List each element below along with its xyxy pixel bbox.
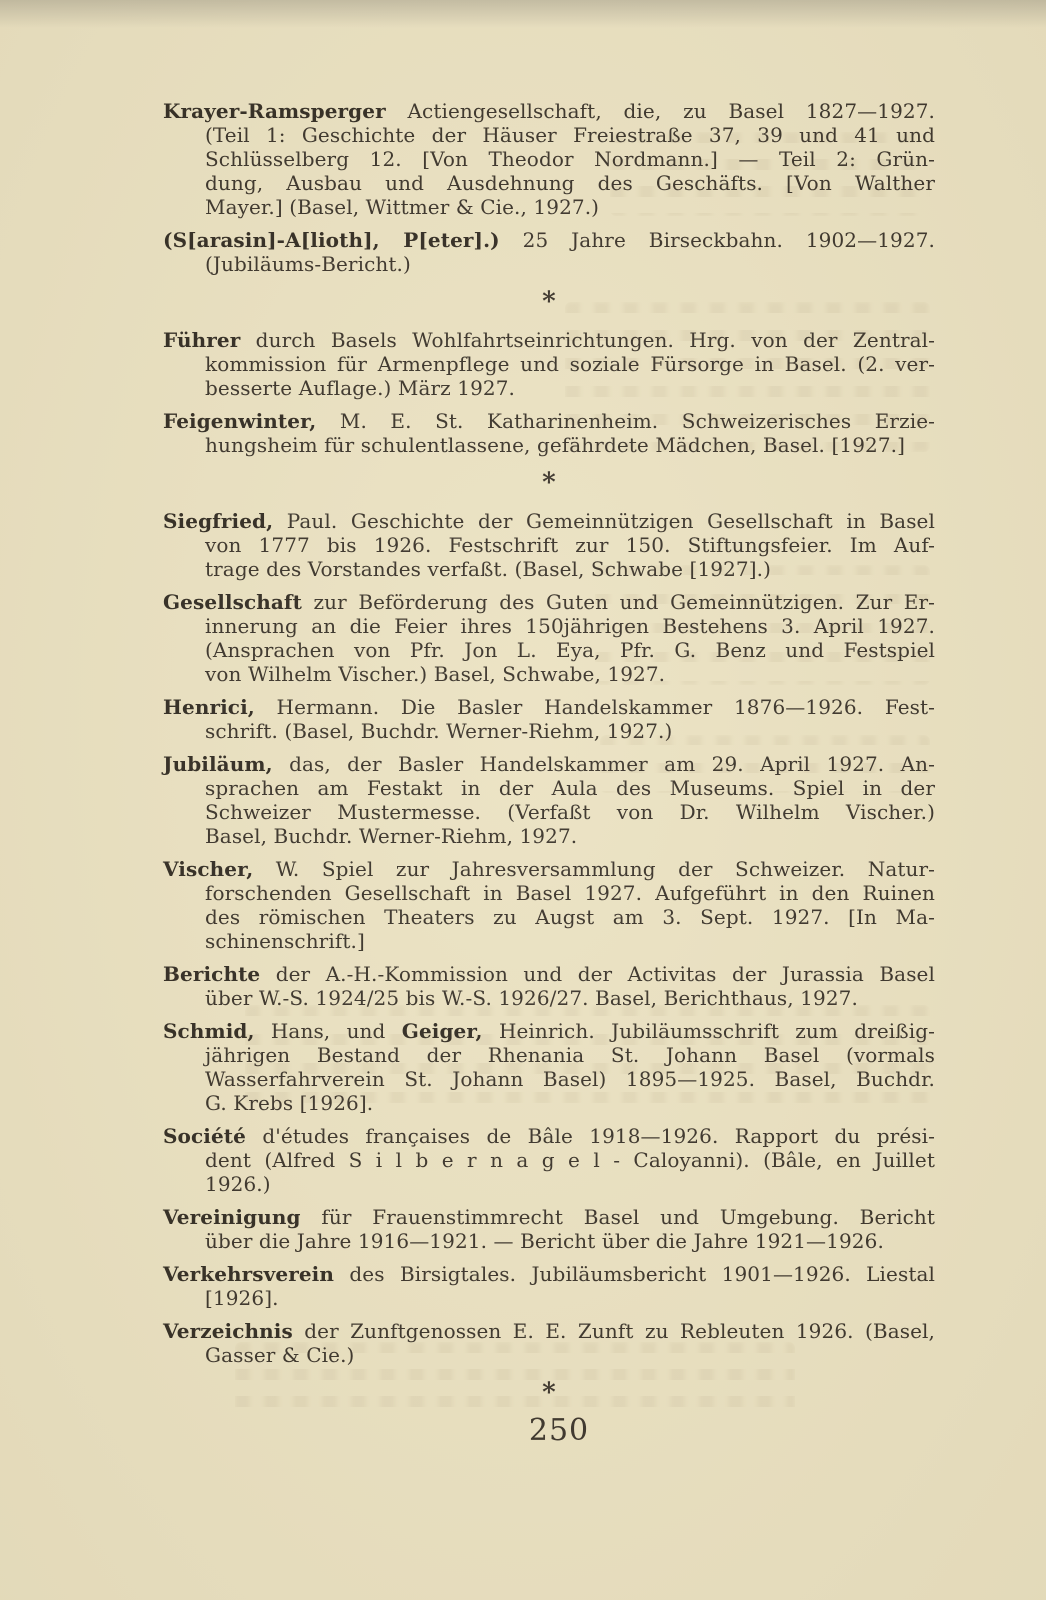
bibliography-entry: Feigenwinter, M. E. St. Katharinenheim. … xyxy=(163,409,935,457)
entry-line: dung, Ausbau und Ausdehnung des Geschäft… xyxy=(163,171,935,195)
entry-line: Vischer, W. Spiel zur Jahresversammlung … xyxy=(163,857,935,881)
entry-line: Schweizer Mustermesse. (Verfaßt von Dr. … xyxy=(163,800,935,824)
entry-line: forschenden Gesellschaft in Basel 1927. … xyxy=(163,881,935,905)
bibliography-entry: Verkehrsverein des Birsigtales. Jubiläum… xyxy=(163,1262,935,1310)
entry-line: besserte Auflage.) März 1927. xyxy=(163,376,935,400)
entry-line: G. Krebs [1926]. xyxy=(163,1091,935,1115)
entry-line: von 1777 bis 1926. Festschrift zur 150. … xyxy=(163,533,935,557)
page-number: 250 xyxy=(163,1413,955,1448)
bibliography-entry: Schmid, Hans, und Geiger, Heinrich. Jubi… xyxy=(163,1019,935,1115)
section-separator-star: * xyxy=(163,466,935,500)
bibliography-entry: Krayer-Ramsperger Actiengesellschaft, di… xyxy=(163,99,935,219)
bibliography-list: Krayer-Ramsperger Actiengesellschaft, di… xyxy=(163,99,935,1419)
bibliography-entry: Jubiläum, das, der Basler Handelskammer … xyxy=(163,752,935,848)
entry-line: schinenschrift.] xyxy=(163,929,935,953)
bibliography-entry: Gesellschaft zur Beförderung des Guten u… xyxy=(163,590,935,686)
entry-line: kommission für Armenpflege und soziale F… xyxy=(163,352,935,376)
entry-line: Siegfried, Paul. Geschichte der Gemeinnü… xyxy=(163,509,935,533)
bibliography-entry: Henrici, Hermann. Die Basler Handelskamm… xyxy=(163,695,935,743)
entry-line: jährigen Bestand der Rhenania St. Johann… xyxy=(163,1043,935,1067)
entry-line: von Wilhelm Vischer.) Basel, Schwabe, 19… xyxy=(163,662,935,686)
entry-line: Führer durch Basels Wohlfahrtseinrichtun… xyxy=(163,328,935,352)
section-separator-star: * xyxy=(163,1376,935,1410)
entry-line: Verzeichnis der Zunftgenossen E. E. Zunf… xyxy=(163,1319,935,1343)
entry-line: Henrici, Hermann. Die Basler Handelskamm… xyxy=(163,695,935,719)
entry-line: Basel, Buchdr. Werner-Riehm, 1927. xyxy=(163,824,935,848)
entry-line: dent (Alfred S i l b e r n a g e l - Cal… xyxy=(163,1148,935,1172)
entry-line: innerung an die Feier ihres 150jährigen … xyxy=(163,614,935,638)
entry-line: Feigenwinter, M. E. St. Katharinenheim. … xyxy=(163,409,935,433)
entry-line: schrift. (Basel, Buchdr. Werner-Riehm, 1… xyxy=(163,719,935,743)
entry-line: Krayer-Ramsperger Actiengesellschaft, di… xyxy=(163,99,935,123)
bibliography-entry: (S[arasin]-A[lioth], P[eter].) 25 Jahre … xyxy=(163,228,935,276)
entry-line: 1926.) xyxy=(163,1172,935,1196)
entry-line: Gasser & Cie.) xyxy=(163,1343,935,1367)
entry-line: des römischen Theaters zu Augst am 3. Se… xyxy=(163,905,935,929)
bibliography-entry: Siegfried, Paul. Geschichte der Gemeinnü… xyxy=(163,509,935,581)
entry-line: Gesellschaft zur Beförderung des Guten u… xyxy=(163,590,935,614)
entry-line: (Ansprachen von Pfr. Jon L. Eya, Pfr. G.… xyxy=(163,638,935,662)
bibliography-entry: Vereinigung für Frauenstimmrecht Basel u… xyxy=(163,1205,935,1253)
entry-line: über W.-S. 1924/25 bis W.-S. 1926/27. Ba… xyxy=(163,986,935,1010)
entry-line: Jubiläum, das, der Basler Handelskammer … xyxy=(163,752,935,776)
entry-line: Wasserfahrverein St. Johann Basel) 1895—… xyxy=(163,1067,935,1091)
entry-line: (Jubiläums-Bericht.) xyxy=(163,252,935,276)
bibliography-entry: Vischer, W. Spiel zur Jahresversammlung … xyxy=(163,857,935,953)
entry-line: Berichte der A.-H.-Kommission und der Ac… xyxy=(163,962,935,986)
entry-line: Mayer.] (Basel, Wittmer & Cie., 1927.) xyxy=(163,195,935,219)
scanned-book-page: Krayer-Ramsperger Actiengesellschaft, di… xyxy=(0,0,1046,1600)
entry-line: Schmid, Hans, und Geiger, Heinrich. Jubi… xyxy=(163,1019,935,1043)
bibliography-entry: Führer durch Basels Wohlfahrtseinrichtun… xyxy=(163,328,935,400)
entry-line: Société d'études françaises de Bâle 1918… xyxy=(163,1124,935,1148)
entry-line: über die Jahre 1916—1921. — Bericht über… xyxy=(163,1229,935,1253)
entry-line: trage des Vorstandes verfaßt. (Basel, Sc… xyxy=(163,557,935,581)
entry-line: hungsheim für schulentlassene, gefährdet… xyxy=(163,433,935,457)
entry-line: (S[arasin]-A[lioth], P[eter].) 25 Jahre … xyxy=(163,228,935,252)
entry-line: Vereinigung für Frauenstimmrecht Basel u… xyxy=(163,1205,935,1229)
entry-line: Schlüsselberg 12. [Von Theodor Nordmann.… xyxy=(163,147,935,171)
bibliography-entry: Société d'études françaises de Bâle 1918… xyxy=(163,1124,935,1196)
section-separator-star: * xyxy=(163,285,935,319)
entry-line: (Teil 1: Geschichte der Häuser Freiestra… xyxy=(163,123,935,147)
entry-line: sprachen am Festakt in der Aula des Muse… xyxy=(163,776,935,800)
entry-line: Verkehrsverein des Birsigtales. Jubiläum… xyxy=(163,1262,935,1286)
bibliography-entry: Berichte der A.-H.-Kommission und der Ac… xyxy=(163,962,935,1010)
bibliography-entry: Verzeichnis der Zunftgenossen E. E. Zunf… xyxy=(163,1319,935,1367)
entry-line: [1926]. xyxy=(163,1286,935,1310)
